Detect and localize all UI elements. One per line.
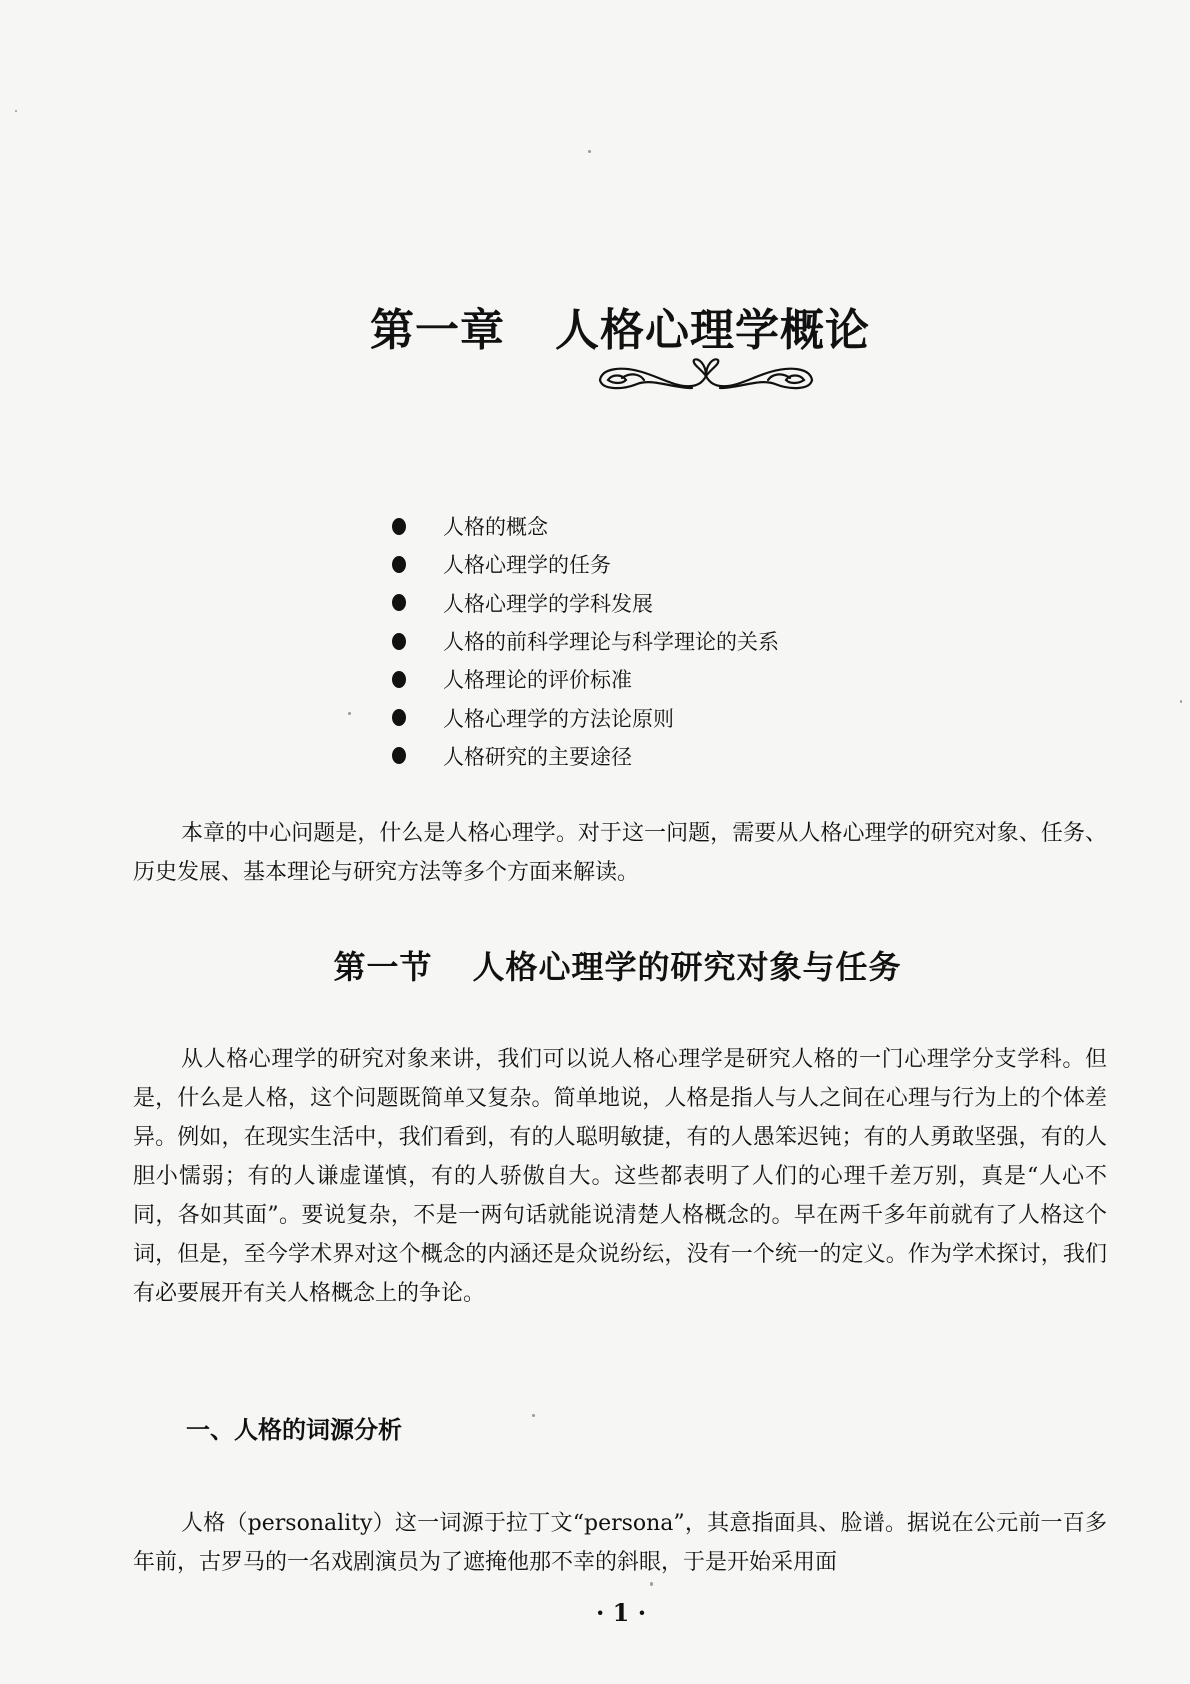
outline-item: 人格心理学的学科发展	[388, 584, 779, 622]
chapter-title: 第一章人格心理学概论	[0, 303, 1190, 359]
outline-item: 人格心理学的任务	[388, 545, 779, 583]
bullet-icon	[392, 747, 406, 764]
outline-item-label: 人格研究的主要途径	[443, 741, 632, 771]
section-title: 第一节人格心理学的研究对象与任务	[0, 945, 1190, 989]
bullet-icon	[392, 671, 406, 688]
section-paragraph: 从人格心理学的研究对象来讲，我们可以说人格心理学是研究人格的一门心理学分支学科。…	[133, 1040, 1107, 1313]
outline-item-label: 人格心理学的任务	[443, 549, 611, 579]
bullet-icon	[392, 633, 406, 650]
outline-item: 人格研究的主要途径	[388, 737, 779, 775]
outline-item: 人格理论的评价标准	[388, 660, 779, 698]
flourish-ornament-icon	[592, 358, 820, 398]
page-number: · 1 ·	[0, 1598, 1190, 1627]
scan-speck	[1180, 700, 1182, 703]
outline-item-label: 人格理论的评价标准	[443, 664, 632, 694]
bullet-icon	[392, 556, 406, 573]
chapter-number: 第一章	[370, 305, 505, 356]
subsection-heading: 一、人格的词源分析	[186, 1414, 402, 1446]
bullet-icon	[392, 594, 406, 611]
chapter-outline-list: 人格的概念 人格心理学的任务 人格心理学的学科发展 人格的前科学理论与科学理论的…	[388, 507, 779, 775]
outline-item: 人格心理学的方法论原则	[388, 698, 779, 736]
scan-speck	[348, 712, 351, 715]
outline-item-label: 人格的前科学理论与科学理论的关系	[443, 626, 779, 656]
scan-speck	[532, 1414, 535, 1417]
scan-speck	[15, 110, 17, 112]
chapter-name: 人格心理学概论	[555, 305, 870, 356]
intro-paragraph: 本章的中心问题是，什么是人格心理学。对于这一问题，需要从人格心理学的研究对象、任…	[133, 814, 1107, 892]
scan-speck	[588, 150, 591, 153]
subsection-paragraph: 人格（personality）这一词源于拉丁文“persona”，其意指面具、脸…	[133, 1504, 1107, 1582]
outline-item: 人格的前科学理论与科学理论的关系	[388, 622, 779, 660]
outline-item-label: 人格心理学的方法论原则	[443, 703, 674, 733]
section-number: 第一节	[333, 948, 432, 986]
outline-item-label: 人格的概念	[443, 511, 548, 541]
bullet-icon	[392, 518, 406, 535]
outline-item-label: 人格心理学的学科发展	[443, 588, 653, 618]
scan-speck	[650, 1582, 653, 1586]
book-page: 第一章人格心理学概论 人格的概念 人格心理学的任务 人格心理学的学科发展 人格的…	[0, 0, 1190, 1684]
outline-item: 人格的概念	[388, 507, 779, 545]
section-name: 人格心理学的研究对象与任务	[473, 948, 902, 986]
bullet-icon	[392, 709, 406, 726]
